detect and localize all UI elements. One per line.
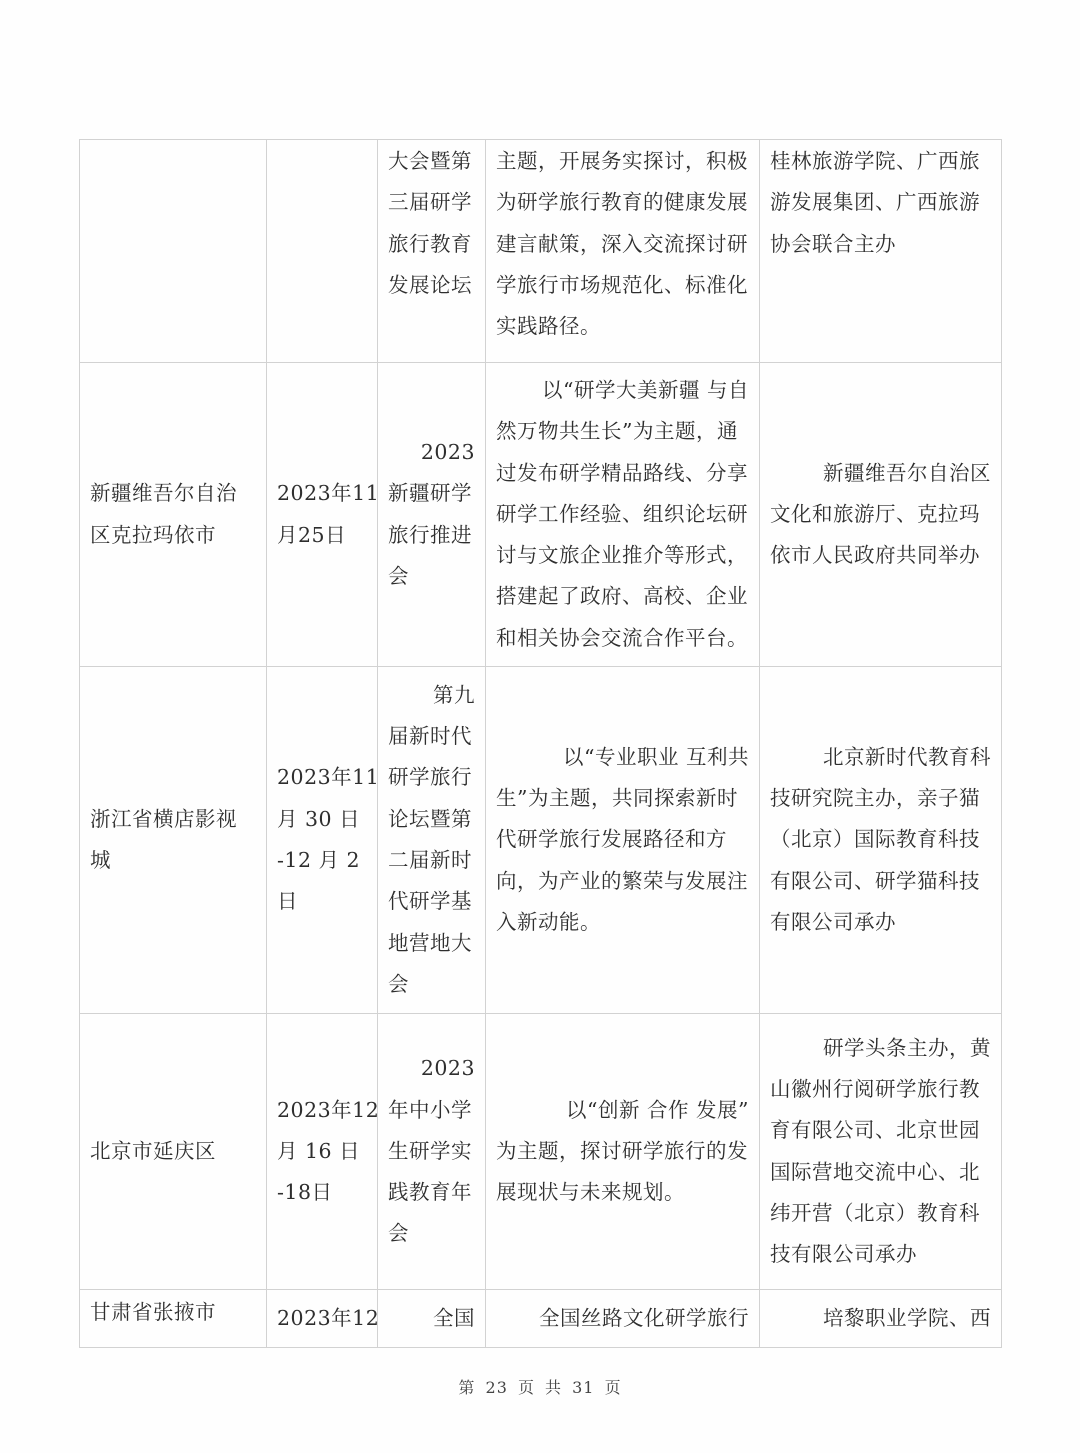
date-cell: 2023年11 月25日: [267, 363, 378, 667]
date-cell: 2023年12: [267, 1290, 378, 1348]
date-cell: [267, 140, 378, 363]
event-name-cell: 2023 新疆研学 旅行推进 会: [378, 363, 486, 667]
page-number: 第 23 页 共 31 页: [0, 1375, 1080, 1398]
table-row: 大会暨第 三届研学 旅行教育 发展论坛 主题，开展务实探讨，积极 为研学旅行教育…: [80, 140, 1002, 363]
table-row: 新疆维吾尔自治 区克拉玛依市 2023年11 月25日 2023 新疆研学 旅行…: [80, 363, 1002, 667]
content-cell: 以“专业职业 互利共 生”为主题，共同探索新时 代研学旅行发展路径和方 向，为产…: [486, 667, 760, 1014]
date-cell: 2023年11 月 30 日 -12 月 2 日: [267, 667, 378, 1014]
location-cell: [80, 140, 267, 363]
table-row: 浙江省横店影视 城 2023年11 月 30 日 -12 月 2 日 第九 届新…: [80, 667, 1002, 1014]
organizer-cell: 桂林旅游学院、广西旅 游发展集团、广西旅游 协会联合主办: [760, 140, 1002, 363]
event-name-cell: 2023 年中小学 生研学实 践教育年 会: [378, 1014, 486, 1290]
events-table: 大会暨第 三届研学 旅行教育 发展论坛 主题，开展务实探讨，积极 为研学旅行教育…: [79, 139, 1002, 1348]
location-cell: 新疆维吾尔自治 区克拉玛依市: [80, 363, 267, 667]
event-name-cell: 大会暨第 三届研学 旅行教育 发展论坛: [378, 140, 486, 363]
location-cell: 甘肃省张掖市: [80, 1290, 267, 1348]
table-row: 北京市延庆区 2023年12 月 16 日 -18日 2023 年中小学 生研学…: [80, 1014, 1002, 1290]
content-cell: 全国丝路文化研学旅行: [486, 1290, 760, 1348]
content-cell: 主题，开展务实探讨，积极 为研学旅行教育的健康发展 建言献策，深入交流探讨研 学…: [486, 140, 760, 363]
location-cell: 北京市延庆区: [80, 1014, 267, 1290]
content-cell: 以“研学大美新疆 与自 然万物共生长”为主题，通 过发布研学精品路线、分享 研学…: [486, 363, 760, 667]
organizer-cell: 培黎职业学院、西: [760, 1290, 1002, 1348]
event-name-cell: 全国: [378, 1290, 486, 1348]
content-cell: 以“创新 合作 发展” 为主题，探讨研学旅行的发 展现状与未来规划。: [486, 1014, 760, 1290]
organizer-cell: 北京新时代教育科 技研究院主办，亲子猫 （北京）国际教育科技 有限公司、研学猫科…: [760, 667, 1002, 1014]
event-name-cell: 第九 届新时代 研学旅行 论坛暨第 二届新时 代研学基 地营地大 会: [378, 667, 486, 1014]
table-row: 甘肃省张掖市 2023年12 全国 全国丝路文化研学旅行 培黎职业学院、西: [80, 1290, 1002, 1348]
organizer-cell: 新疆维吾尔自治区 文化和旅游厅、克拉玛 依市人民政府共同举办: [760, 363, 1002, 667]
date-cell: 2023年12 月 16 日 -18日: [267, 1014, 378, 1290]
location-cell: 浙江省横店影视 城: [80, 667, 267, 1014]
organizer-cell: 研学头条主办，黄 山徽州行阅研学旅行教 育有限公司、北京世园 国际营地交流中心、…: [760, 1014, 1002, 1290]
